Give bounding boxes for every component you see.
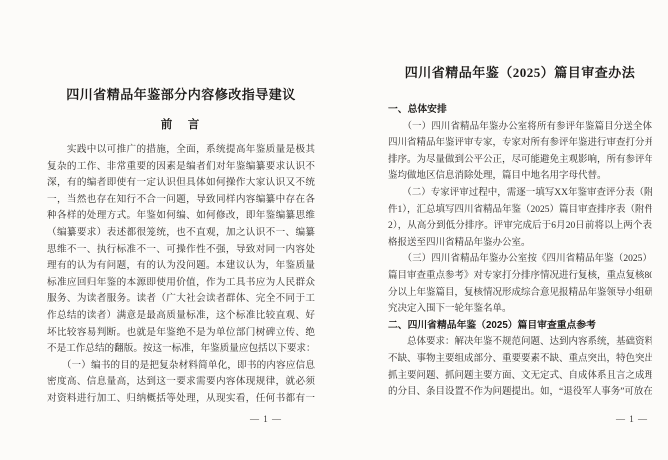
- text-line: 实践中以可推广的措施，全面，系统提高年鉴质量是极其: [47, 142, 315, 159]
- left-page: 四川省精品年鉴部分内容修改指导建议 前 言 实践中以可推广的措施，全面，系统提高…: [47, 0, 315, 408]
- text-line: 服务、为读者服务。读者（广大社会读者群体、完全不同于工: [47, 291, 315, 308]
- text-line: 总体要求：解决年鉴不规范问题、达到内容系统，基础资料: [388, 334, 652, 351]
- right-page-title: 四川省精品年鉴（2025）篇目审查办法: [388, 62, 652, 81]
- text-line: （编纂要求）表述都很笼统，也不直观，加之认识不一、编纂: [47, 225, 315, 242]
- text-line: 篇目审查重点参考》对专家打分排序情况进行复核，重点复核80: [388, 268, 652, 285]
- text-line: 标准应回归年鉴的本源即使用价值，作为工具书应为人民群众: [47, 275, 315, 292]
- text-line: 2），从高分到低分排序。评审完成后于6月20日前将以上两个表: [388, 218, 652, 235]
- left-page-body: 实践中以可推广的措施，全面，系统提高年鉴质量是极其复杂的工作、非常重要的因素是编…: [47, 142, 315, 408]
- left-page-title: 四川省精品年鉴部分内容修改指导建议: [47, 84, 315, 103]
- text-line: 不缺、事物主要组成部分、重要要素不缺、重点突出，特色突出，: [388, 351, 652, 368]
- text-line: 四川省精品年鉴评审专家，专家对所有参评年鉴进行审查打分并: [388, 135, 652, 152]
- text-line: 理有的认为有问题，有的认为没问题。本建议认为，年鉴质量: [47, 258, 315, 275]
- text-line: 格报送至四川省精品年鉴办公室。: [388, 235, 652, 252]
- right-page: 四川省精品年鉴（2025）篇目审查办法 一、总体安排 （一）四川省精品年鉴办公室…: [388, 0, 652, 401]
- text-line: 种各样的处理方式。年鉴如何编、如何修改，即年鉴编纂思维: [47, 208, 315, 225]
- text-line: 抓主要问题、抓问题主要方面、文无定式、自成体系且言之成理: [388, 368, 652, 385]
- text-line: 件1），汇总填写四川省精品年鉴（2025）篇目审查排序表（附件: [388, 202, 652, 219]
- text-line: 排序。为尽量做到公平公正，尽可能避免主观影响，所有参评年: [388, 152, 652, 169]
- text-line: 一，当然也存在知行不合一问题，导致同样内容编纂中存在各: [47, 192, 315, 209]
- right-page-number: — 1 —: [602, 414, 662, 424]
- text-line: （一）四川省精品年鉴办公室将所有参评年鉴篇目分送全体: [388, 119, 652, 136]
- text-line: 作总结的读者）满意是最高质量标准，这个标准比较直观、好: [47, 308, 315, 325]
- text-line: （三）四川省精品年鉴办公室按《四川省精品年鉴（2025）: [388, 251, 652, 268]
- left-page-number: — 1 —: [236, 414, 296, 424]
- text-line: 对资料进行加工、归纳概括等处理，从现实看，任何书都有一: [47, 391, 315, 408]
- text-line: （二）专家评审过程中，需逐一填写XX年鉴审查评分表（附: [388, 185, 652, 202]
- text-line: 一、总体安排: [388, 102, 652, 119]
- text-line: 二、四川省精品年鉴（2025）篇目审查重点参考: [388, 318, 652, 335]
- text-line: 坏比较容易判断。也就是年鉴绝不是为单位部门树碑立传、绝: [47, 325, 315, 342]
- preface-heading: 前 言: [47, 116, 315, 132]
- text-line: 密度高、信息量高，达到这一要求需要内容体现规律，就必须: [47, 374, 315, 391]
- text-line: （一）编书的目的是把复杂材料简单化，即书的内容应信息: [47, 358, 315, 375]
- text-line: 鉴均做地区信息消除处理，篇目中地名用字母代替。: [388, 168, 652, 185]
- text-line: 深，有的编者即使有一定认识但具体如何操作大家认识又不统: [47, 175, 315, 192]
- document-scan-spread: 四川省精品年鉴部分内容修改指导建议 前 言 实践中以可推广的措施，全面，系统提高…: [0, 0, 668, 460]
- text-line: 的分目、条目设置不作为问题提出。如，“退役军人事务”可放在“社: [388, 384, 652, 401]
- text-line: 不是工作总结的翻版。按这一标准，年鉴质量应包括以下要求：: [47, 341, 315, 358]
- text-line: 分以上年鉴篇目，复核情况形成综合意见报精品年鉴领导小组研: [388, 285, 652, 302]
- text-line: 复杂的工作、非常重要的因素是编者们对年鉴编纂要求认识不: [47, 159, 315, 176]
- text-line: 思维不一、执行标准不一、可操作性不强，导致对同一内容处: [47, 242, 315, 259]
- right-page-body: 一、总体安排 （一）四川省精品年鉴办公室将所有参评年鉴篇目分送全体四川省精品年鉴…: [388, 102, 652, 401]
- text-line: 究决定入围下一轮年鉴名单。: [388, 301, 652, 318]
